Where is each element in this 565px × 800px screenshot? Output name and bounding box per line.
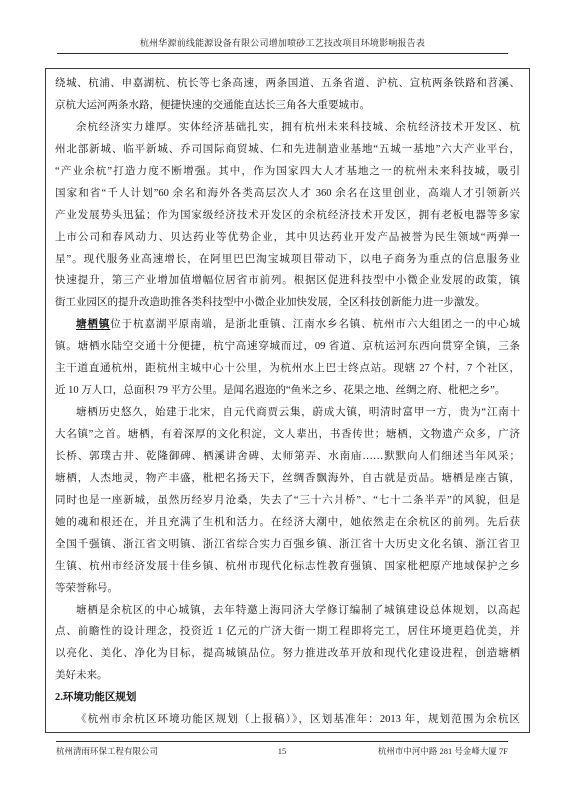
document-page: 杭州华源前线能源设备有限公司增加喷砂工艺技改项目环境影响报告表 绕城、杭浦、申嘉… [0,0,565,800]
body-line: 产业发展势头迅猛；作为国家级经济技术开发区的余杭经济技术开发区，拥有老板电器等多… [55,205,520,227]
body-line: 塘栖是余杭区的中心城镇，去年特邀上海同济大学修订编制了城镇建设总体规划，以高起 [55,600,520,622]
body-line: 快速提升，第三产业增加值增幅位居省市前列。根据区促进科技型中小微企业发展的政策，… [55,270,520,292]
body-line: 点、前瞻性的设计理念，投资近 1 亿元的广济大街一期工程即将完工，居住环境更趋优… [55,621,520,643]
page-footer: 杭州清雨环保工程有限公司 15 杭州市中河中路 281 号金峰大厦 7F [56,745,508,757]
body-line: 美好未来。 [55,665,520,687]
report-content-box: 绕城、杭浦、申嘉湖杭、杭长等七条高速，两条国道、五条省道、沪杭、宣杭两条铁路和苕… [45,68,530,733]
footer-company-name: 杭州清雨环保工程有限公司 [56,745,278,757]
body-line: 余杭经济实力雄厚。实体经济基础扎实，拥有杭州未来科技城、余杭经济技术开发区、杭 [55,117,520,139]
header-divider [57,53,508,54]
body-line: 州北部新城、临平新城、乔司国际商贸城、仁和先进制造业基地“五城一基地”六大产业平… [55,139,520,161]
page-header-title: 杭州华源前线能源设备有限公司增加喷砂工艺技改项目环境影响报告表 [0,37,565,49]
body-line: 近 10 万人口，总面积 79 平方公里。是闻名遐迩的“鱼米之乡、花果之地、丝绸… [55,380,520,402]
footer-page-number: 15 [278,745,287,757]
body-line: 塘栖，人杰地灵，物产丰盛，枇杷名扬天下，丝绸香飘海外，自古就是贡品。塘栖是座古镇… [55,468,520,490]
body-line: 街工业园区的提升改造助推各类科技型中小微企业加快发展，全区科技创新能力进一步激发… [55,292,520,314]
body-line: 上市公司和春风动力、贝达药业等优势企业，其中贝达药业开发产品被誉为民生领域“两弹… [55,227,520,249]
body-line: 她的魂和根还在，并且充满了生机和活力。在经济大潮中，她依然走在余杭区的前列。先后… [55,512,520,534]
body-line: 绕城、杭浦、申嘉湖杭、杭长等七条高速，两条国道、五条省道、沪杭、宣杭两条铁路和苕… [55,73,520,95]
body-line: 塘栖历史悠久，始建于北宋，自元代商贾云集，蔚成大镇，明清时富甲一方，贵为“江南十 [55,402,520,424]
body-line: 等荣誉称号。 [55,578,520,600]
section-heading: 2.环境功能区规划 [55,687,520,709]
body-line: 以亮化、美化、净化为目标，提高城镇品位。努力推进改革开放和现代化建设进程，创造塘… [55,643,520,665]
body-line: 长桥、郭璞古井、乾隆御碑、栖溪讲舍碑、太师第弄、水南庙……默默向人们细述当年风采… [55,446,520,468]
footer-address: 杭州市中河中路 281 号金峰大厦 7F [286,745,508,757]
body-line: 《杭州市余杭区环境功能区规划（上报稿）》，区划基准年：2013 年，规划范围为余… [55,709,520,731]
body-line: 镇。塘栖水陆空交通十分便捷，杭宁高速穿城而过，09 省道、京杭运河东西向贯穿全镇… [55,336,520,358]
town-name-emphasis: 塘栖镇 [76,319,110,330]
body-line: 星”。现代服务业高速增长，在阿里巴巴淘宝城项目带动下，以电子商务为重点的信息服务… [55,249,520,271]
body-line: 塘栖镇位于杭嘉湖平原南端，是浙北重镇、江南水乡名镇、杭州市六大组团之一的中心城 [55,314,520,336]
body-line: 主干道直通杭州，距杭州主城中心十公里，为杭州水上巴士终点站。现辖 27 个村，7… [55,358,520,380]
body-line: 全国千强镇、浙江省文明镇、浙江省综合实力百强乡镇、浙江省十大历史文化名镇、浙江省… [55,534,520,556]
body-line: “产业余杭”打造力度不断增强。其中，作为国家四大人才基地之一的杭州未来科技城，吸… [55,161,520,183]
body-line: 京杭大运河两条水路，便捷快速的交通能直达长三角各大重要城市。 [55,95,520,117]
body-line: 国家和省“千人计划”60 余名和海外各类高层次人才 360 余名在这里创业，高端… [55,183,520,205]
body-line: 大名镇”之首。塘栖，有着深厚的文化积淀，文人辈出，书香传世；塘栖，文物遗产众多，… [55,424,520,446]
body-line: 同时也是一座新城，虽然历经岁月沧桑，失去了“三十六爿桥”、“七十二条半弄”的风貌… [55,490,520,512]
footer-divider [56,741,508,742]
body-line-text: 位于杭嘉湖平原南端，是浙北重镇、江南水乡名镇、杭州市六大组团之一的中心城 [110,319,520,330]
body-line: 生镇、杭州市经济发展十佳乡镇、杭州市现代化标志性教育强镇、国家枇杷原产地域保护之… [55,556,520,578]
